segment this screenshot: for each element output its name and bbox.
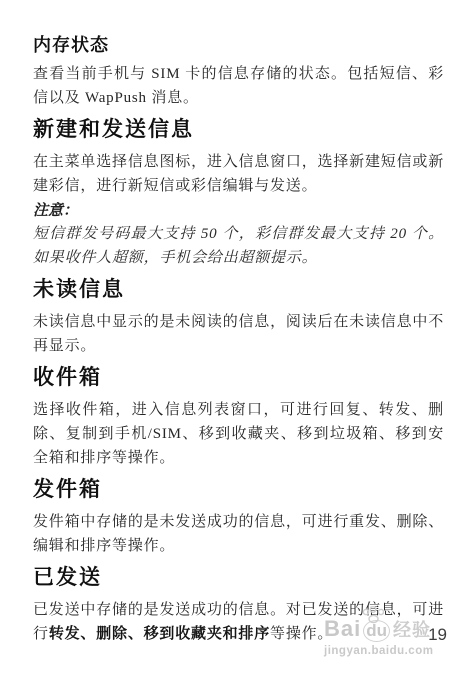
section-body-sent: 已发送中存储的是发送成功的信息。对已发送的信息，可进行转发、删除、移到收藏夹和排… [33,598,444,646]
section-heading-sent: 已发送 [33,564,444,592]
section-heading-unread-message: 未读信息 [33,276,444,304]
section-body-outbox: 发件箱中存储的是未发送成功的信息，可进行重发、删除、编辑和排序等操作。 [33,510,444,558]
section-heading-memory-status: 内存状态 [33,34,444,56]
section-heading-new-message: 新建和发送信息 [33,116,444,144]
body-text-run: 等操作。 [270,626,333,642]
manual-page: 内存状态 查看当前手机与 SIM 卡的信息存储的状态。包括短信、彩信以及 Wap… [0,0,474,673]
note-label: 注意： [33,200,444,222]
section-body-unread-message: 未读信息中显示的是未阅读的信息，阅读后在未读信息中不再显示。 [33,310,444,358]
section-heading-inbox: 收件箱 [33,364,444,392]
page-number: 19 [428,625,447,645]
section-body-inbox: 选择收件箱，进入信息列表窗口，可进行回复、转发、删除、复制到手机/SIM、移到收… [33,398,444,470]
section-heading-outbox: 发件箱 [33,476,444,504]
body-bold-run: 转发、删除、移到收藏夹和排序 [49,626,270,642]
section-body-memory-status: 查看当前手机与 SIM 卡的信息存储的状态。包括短信、彩信以及 WapPush … [33,62,444,110]
watermark-site-url: jingyan.baidu.com [324,645,448,657]
note-body: 短信群发号码最大支持 50 个，彩信群发最大支持 20 个。如果收件人超额，手机… [33,222,444,270]
section-body-new-message: 在主菜单选择信息图标，进入信息窗口，选择新建短信或新建彩信，进行新短信或彩信编辑… [33,150,444,198]
